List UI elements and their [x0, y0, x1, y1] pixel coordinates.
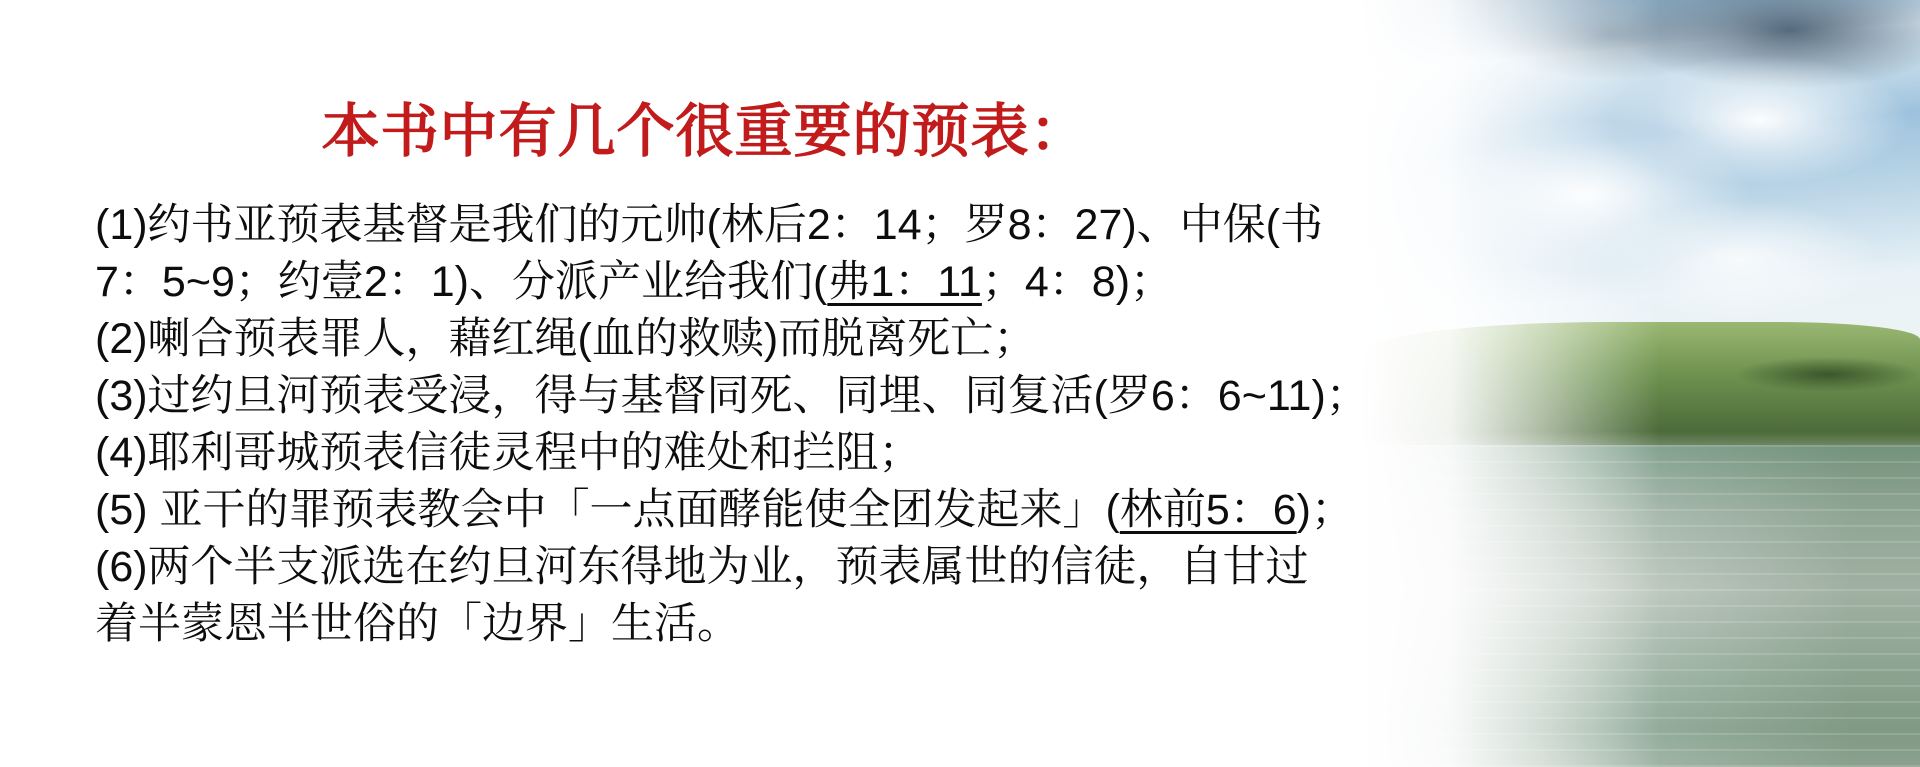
line-text: (1)约书亚预表基督是我们的元帅(林后2：14；罗8：27)、中保(书	[95, 201, 1323, 249]
line-text: 着半蒙恩半世俗的「边界」生活。	[95, 600, 740, 648]
line-text: 7：5~9；约壹2：1)、分派产业给我们(	[95, 258, 827, 306]
line-text: )；	[1297, 486, 1354, 534]
body-line-1: (1)约书亚预表基督是我们的元帅(林后2：14；罗8：27)、中保(书	[95, 197, 1595, 254]
line-text: (4)耶利哥城预表信徒灵程中的难处和拦阻；	[95, 429, 922, 477]
body-line-2: 7：5~9；约壹2：1)、分派产业给我们(弗1：11；4：8)；	[95, 254, 1595, 311]
slide-body: (1)约书亚预表基督是我们的元帅(林后2：14；罗8：27)、中保(书 7：5~…	[95, 197, 1595, 653]
body-line-4: (3)过约旦河预表受浸，得与基督同死、同埋、同复活(罗6：6~11)；	[95, 368, 1595, 425]
underlined-reference: 林前5：6	[1120, 486, 1297, 534]
body-line-3: (2)喇合预表罪人，藉红绳(血的救赎)而脱离死亡；	[95, 311, 1595, 368]
line-text: (2)喇合预表罪人，藉红绳(血的救赎)而脱离死亡；	[95, 315, 1036, 363]
line-text: (3)过约旦河预表受浸，得与基督同死、同埋、同复活(罗6：6~11)；	[95, 372, 1369, 420]
line-text: (5) 亚干的罪预表教会中「一点面酵能使全团发起来」(	[95, 486, 1120, 534]
line-text: ；4：8)；	[982, 258, 1173, 306]
line-text: (6)两个半支派选在约旦河东得地为业，预表属世的信徒，自甘过	[95, 543, 1309, 591]
underlined-reference: 弗1：11	[827, 258, 982, 306]
body-line-6: (5) 亚干的罪预表教会中「一点面酵能使全团发起来」(林前5：6)；	[95, 482, 1595, 539]
body-line-8: 着半蒙恩半世俗的「边界」生活。	[95, 596, 1595, 653]
presentation-slide: 本书中有几个很重要的预表： (1)约书亚预表基督是我们的元帅(林后2：14；罗8…	[0, 0, 1920, 767]
body-line-7: (6)两个半支派选在约旦河东得地为业，预表属世的信徒，自甘过	[95, 539, 1595, 596]
slide-title: 本书中有几个很重要的预表：	[0, 84, 1410, 168]
body-line-5: (4)耶利哥城预表信徒灵程中的难处和拦阻；	[95, 425, 1595, 482]
